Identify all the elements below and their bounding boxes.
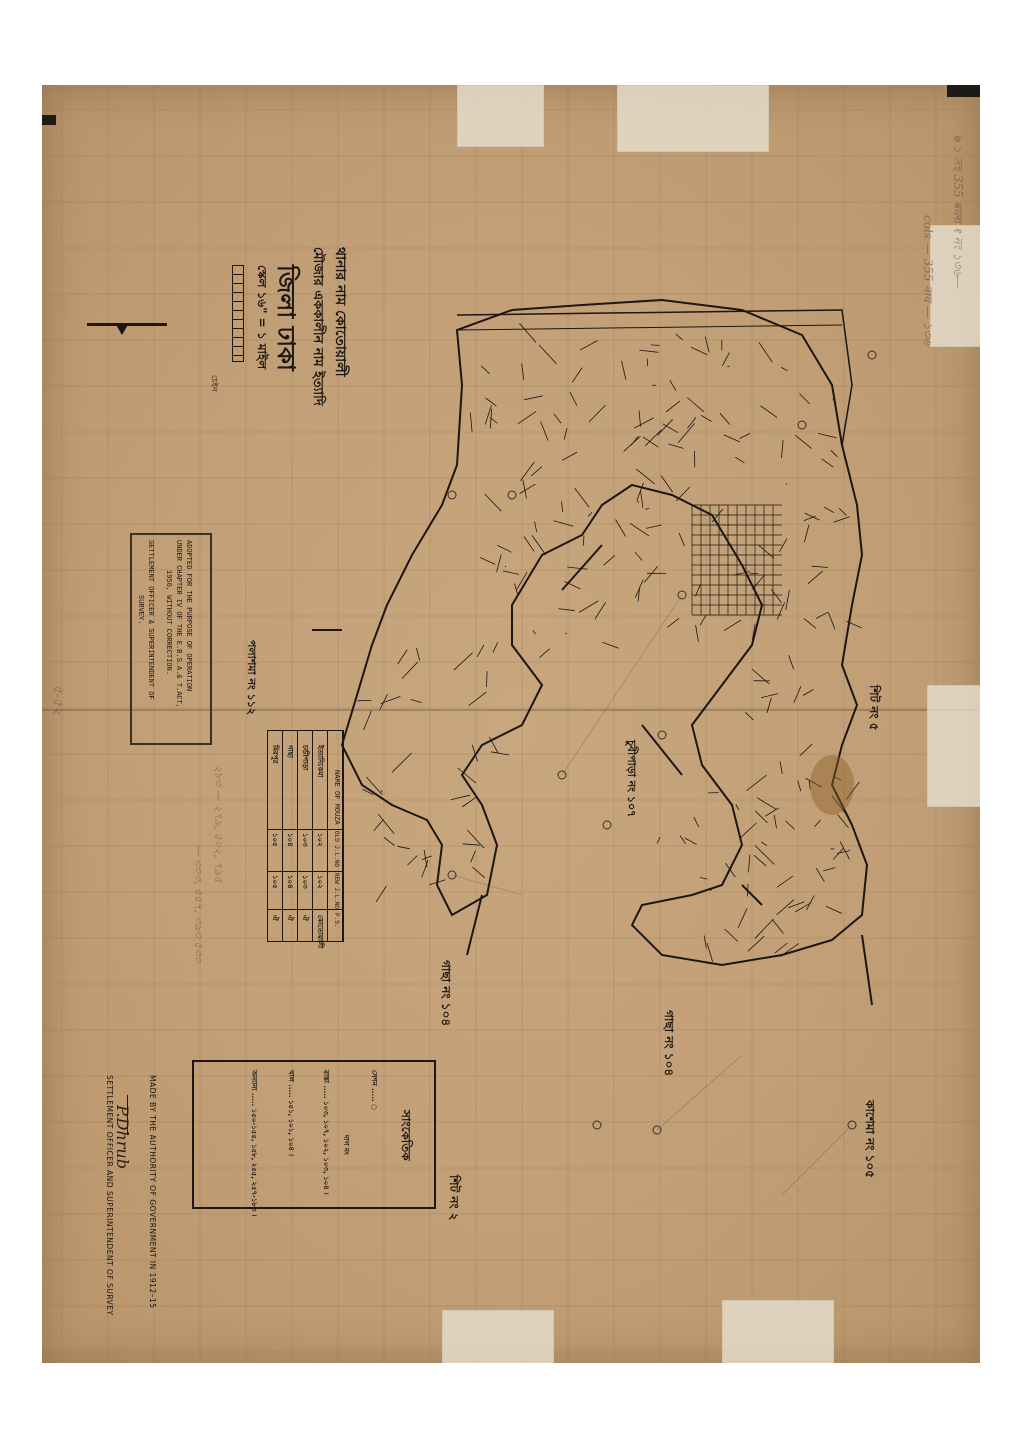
stamp-line-2: UNDER CHAPTER IV OF THE E.B.S.A.& T.ACT,: [174, 540, 182, 708]
label-gachha-2: গাছা নং ১০৪: [657, 1010, 677, 1076]
signature-title: SETTLEMENT OFFICER AND SUPERINTENDENT OF…: [105, 1075, 114, 1316]
label-gachha-1: গাছা নং ১০৪: [434, 960, 454, 1026]
signature: P.Dhrub: [113, 1105, 132, 1169]
label-palashma: পলাশমা নং ১১২: [241, 640, 260, 715]
table-cell: ঐ: [284, 915, 296, 921]
table-cell: ১০৫: [269, 875, 281, 889]
legend-item: খাল ..... ১৫১, ১০১, ১০৪ ।: [285, 1070, 297, 1156]
label-kashema: কাশেমা নং ১০৫: [858, 1100, 878, 1178]
table-cell: ১০৪: [284, 875, 296, 889]
table-cell: চন্ডীপাড়া: [299, 745, 311, 770]
table-cell: ইত্যাদিকেমা: [314, 745, 326, 777]
scale-text: স্কেল ১৬" = ১ মাইল: [250, 265, 270, 369]
signature-line: [127, 1095, 128, 1135]
table-cell: ১০২: [314, 875, 326, 889]
thana-name: থানার নাম কোতোয়ালী: [328, 247, 352, 377]
scale-bar: [232, 265, 244, 362]
table-header-old: OLD J.L.NO: [333, 831, 340, 867]
table-cell: ১০৪: [284, 833, 296, 847]
scale-bar-label: চেইন: [207, 375, 220, 392]
pencil-note-1: ७ ১ সহ 355 बाला १ নং ১৩৬—: [946, 135, 967, 288]
stamp-line-3: 1950, WITHOUT CORRECTION.: [164, 570, 172, 675]
sheet-title: জিলা ঢাকা: [264, 265, 304, 371]
legend-item: অন্যান্য ..... ১৫০-১৫৫, ১৫৮, ২৫৫, ২৫৭-১৮…: [248, 1070, 260, 1217]
label-sheet-5: শিট নং ৫: [862, 685, 882, 731]
table-header-new: NEW J.L.NO: [333, 873, 340, 909]
table-cell: কোতোয়ালী: [314, 915, 326, 948]
table-cell: ১০৩: [299, 875, 311, 889]
table-header-name: NAME OF MOUZA: [332, 770, 340, 825]
legend-item: রাস্তা ..... ১০৩, ১০৭, ১০২, ১০৩, ১০৪ ।: [320, 1070, 332, 1195]
north-arrow-head: [115, 323, 129, 335]
authority-text: MADE BY THE AUTHORITY OF GOVERNMENT IN 1…: [148, 1075, 157, 1309]
legend-item: সেশন ..... ○: [368, 1070, 380, 1110]
pencil-note-3: ৫-৫২: [46, 685, 67, 715]
stamp-line-4: SETTLEMENT OFFICER & SUPERINTENDENT OF: [146, 540, 154, 700]
map-sheet: থানার নাম কোতোয়ালী মৌজার এককালীন নাম ইত…: [42, 85, 980, 1363]
stamp-line-5: SURVEY.: [136, 595, 144, 624]
table-header-ps: P.S.: [333, 913, 340, 927]
table-cell: ১০২: [314, 833, 326, 847]
table-cell: মিরপুর: [269, 745, 281, 763]
legend-title: সাংকেতিক: [394, 1110, 414, 1161]
table-cell: ঐ: [269, 915, 281, 921]
mouza-line: মৌজার এককালীন নাম ইত্যাদি: [306, 247, 327, 406]
table-cell: গাছা: [284, 745, 296, 758]
pencil-note-4: ২৮৩ — ২৭৯, ৫০২, ৭৯৫: [208, 765, 227, 883]
label-chubipara: চুবীপাড়া নং ১০৭: [621, 740, 640, 817]
label-sheet-2: শিট নং ২: [442, 1175, 462, 1221]
stamp-line-1: ADOPTED FOR THE PURPOSE OF OPERATION: [184, 540, 192, 691]
legend-item: দাগ নং: [340, 1135, 352, 1155]
pencil-note-5: — ৩০৩, ৫৫৭, ৩৯৩ ৫৩০: [188, 845, 207, 963]
table-cell: ১০৩: [299, 833, 311, 847]
table-cell: ১০৫: [269, 833, 281, 847]
table-cell: ঐ: [299, 915, 311, 921]
pencil-note-2: cols — 355 नाय — ১৩৬: [916, 215, 937, 345]
